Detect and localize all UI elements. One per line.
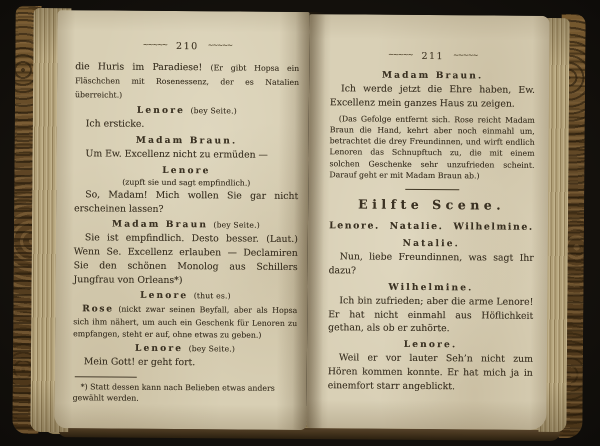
speaker-note: (bey Seite.): [190, 106, 237, 115]
header-flourish-icon: ~~~~~: [143, 41, 167, 49]
dialogue-text: die Huris im Paradiese!: [75, 61, 202, 73]
photo-background: ~~~~~210~~~~~ die Huris im Paradiese! (E…: [0, 0, 600, 446]
left-page: ~~~~~210~~~~~ die Huris im Paradiese! (E…: [54, 10, 309, 430]
dialogue-line: Ich werde jetzt die Ehre haben, Ew. Exce…: [330, 82, 535, 111]
stage-direction: (Das Gefolge entfernt sich. Rose reicht …: [329, 113, 535, 182]
speaker-cue: Lenore (bey Seite.): [75, 105, 299, 117]
stage-direction: (zupft sie und sagt empfindlich.): [74, 177, 298, 188]
page-number-right: 211: [421, 51, 444, 62]
speaker-cue: Lenore (bey Seite.): [73, 343, 297, 355]
stage-direction-rose: Rose (nickt zwar seinen Beyfall, aber al…: [73, 303, 297, 340]
speaker-cue: Madam Braun (bey Seite.): [74, 219, 298, 231]
footnote-rule: [75, 376, 137, 377]
page-header-right: ~~~~~211~~~~~: [330, 50, 535, 63]
dialogue-carryover: die Huris im Paradiese! (Er gibt Hopsa e…: [75, 60, 299, 103]
speaker-cue: Lenore: [74, 165, 298, 177]
dialogue-line: Weil er vor lauter Seh’n nicht zum Hören…: [328, 351, 533, 394]
speaker-name: Madam Braun: [112, 220, 208, 231]
speaker-name: Lenore: [140, 291, 188, 301]
speaker-note: (bey Seite.): [213, 221, 260, 230]
scene-characters: Lenore. Natalie. Wilhelmine.: [329, 221, 534, 234]
scene-heading: Eilfte Scene.: [329, 197, 534, 214]
speaker-cue: Lenore (thut es.): [73, 290, 297, 302]
page-header-left: ~~~~~210~~~~~: [75, 40, 299, 53]
header-flourish-icon: ~~~~~: [453, 51, 477, 59]
dialogue-line: Ich ersticke.: [75, 117, 299, 133]
header-flourish-icon: ~~~~~: [208, 41, 232, 49]
speaker-cue: Natalie.: [329, 239, 534, 251]
dialogue-line: Nun, liebe Freundinnen, was sagt Ihr daz…: [329, 251, 534, 280]
speaker-name: Lenore: [135, 344, 183, 354]
open-book: ~~~~~210~~~~~ die Huris im Paradiese! (E…: [0, 0, 600, 446]
speaker-cue: Madam Braun.: [75, 135, 299, 147]
speaker-name: Rose: [82, 305, 114, 315]
speaker-note: (bey Seite.): [189, 344, 236, 353]
page-number-left: 210: [176, 41, 199, 52]
header-flourish-icon: ~~~~~: [388, 51, 412, 59]
footnote: *) Statt dessen kann nach Belieben etwas…: [73, 381, 297, 405]
dialogue-line: Um Ew. Excellenz nicht zu ermüden —: [74, 147, 298, 163]
dialogue-line: Mein Gott! er geht fort.: [73, 355, 297, 371]
dialogue-line: Ich bin zufrieden; aber die arme Lenore!…: [328, 294, 533, 337]
scene-divider-rule: [405, 189, 459, 190]
speaker-cue: Lenore.: [328, 339, 533, 351]
speaker-note: (thut es.): [194, 291, 231, 300]
dialogue-line: Sie ist empfindlich. Desto besser. (Laut…: [73, 231, 297, 288]
dialogue-line: So, Madam! Mich wollen Sie gar nicht ers…: [74, 188, 298, 217]
speaker-name: Lenore: [137, 106, 185, 116]
speaker-cue: Wilhelmine.: [328, 282, 533, 294]
right-page: ~~~~~211~~~~~ Madam Braun. Ich werde jet…: [306, 14, 549, 430]
speaker-cue: Madam Braun.: [330, 70, 535, 82]
